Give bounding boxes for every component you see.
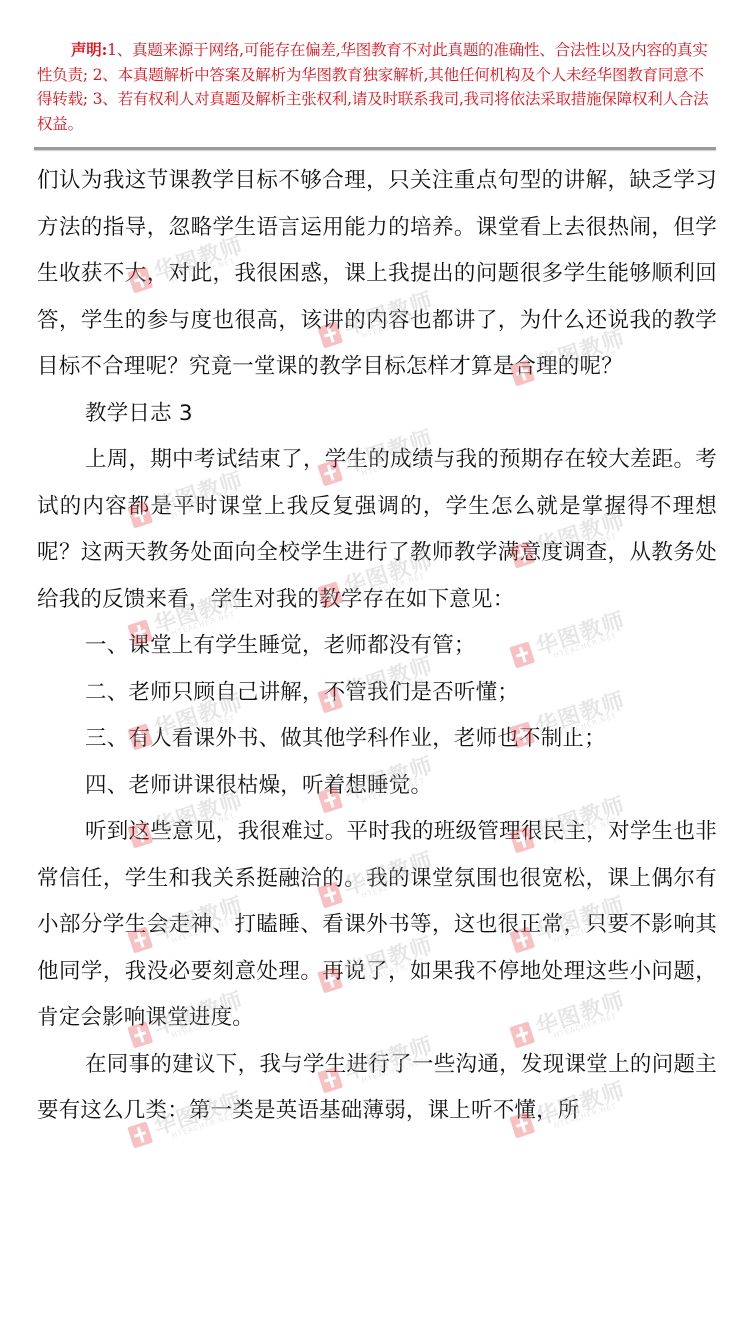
document-body: 们认为我这节课教学目标不够合理，只关注重点句型的讲解，缺乏学习方法的指导，忽略学… (37, 158, 717, 1135)
disclaimer-label: 声明: (71, 40, 107, 59)
opinion-item-1: 一、课堂上有学生睡觉，老师都没有管； (37, 623, 717, 670)
paragraph-continued: 们认为我这节课教学目标不够合理，只关注重点句型的讲解，缺乏学习方法的指导，忽略学… (37, 158, 717, 391)
disclaimer-text: 1、真题来源于网络,可能存在偏差,华图教育不对此真题的准确性、合法性以及内容的真… (37, 41, 708, 133)
opinion-item-3: 三、有人看课外书、做其他学科作业，老师也不制止； (37, 716, 717, 763)
paragraph-communication: 在同事的建议下，我与学生进行了一些沟通，发现课堂上的问题主要有这么几类：第一类是… (37, 1042, 717, 1135)
opinion-item-4: 四、老师讲课很枯燥，听着想睡觉。 (37, 763, 717, 810)
section-heading: 教学日志 3 (37, 391, 717, 438)
header-divider (34, 147, 716, 150)
opinion-item-2: 二、老师只顾自己讲解，不管我们是否听懂； (37, 670, 717, 717)
paragraph-reflection: 听到这些意见，我很难过。平时我的班级管理很民主，对学生也非常信任，学生和我关系挺… (37, 809, 717, 1042)
disclaimer-notice: 声明:1、真题来源于网络,可能存在偏差,华图教育不对此真题的准确性、合法性以及内… (37, 38, 713, 136)
paragraph-survey: 上周，期中考试结束了，学生的成绩与我的预期存在较大差距。考试的内容都是平时课堂上… (37, 437, 717, 623)
